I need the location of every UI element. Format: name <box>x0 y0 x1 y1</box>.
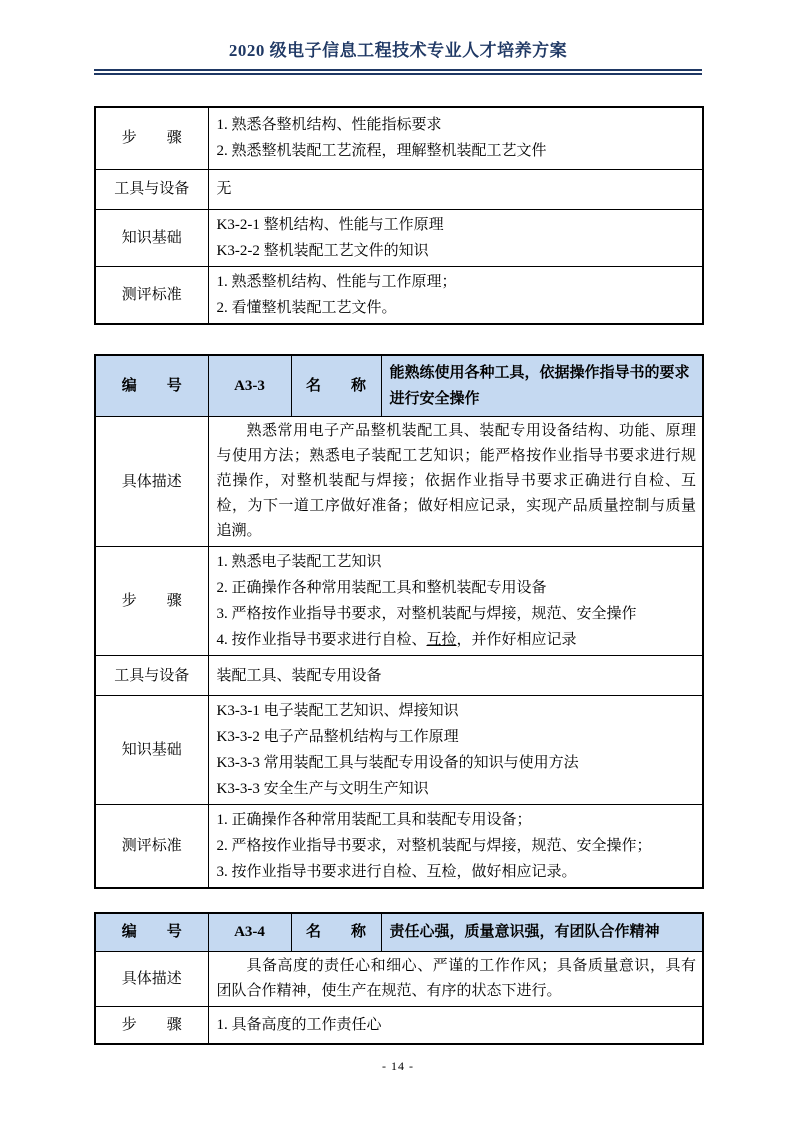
knowledge-content: K3-2-1 整机结构、性能与工作原理 K3-2-2 整机装配工艺文件的知识 <box>208 209 703 266</box>
table-row: 工具与设备 无 <box>95 169 703 209</box>
desc-paragraph: 具备高度的责任心和细心、严谨的工作作风；具备质量意识，具有团队合作精神，使生产在… <box>217 954 697 1004</box>
page-title: 2020 级电子信息工程技术专业人才培养方案 <box>94 38 702 64</box>
desc-content: 熟悉常用电子产品整机装配工具、装配专用设备结构、功能、原理与使用方法；熟悉电子装… <box>208 417 703 547</box>
steps-label: 步 骤 <box>95 107 208 169</box>
desc-label: 具体描述 <box>95 951 208 1006</box>
steps-content: 1. 熟悉电子装配工艺知识 2. 正确操作各种常用装配工具和整机装配专用设备 3… <box>208 547 703 656</box>
table-header-row: 编 号 A3-3 名 称 能熟练使用各种工具，依据操作指导书的要求进行安全操作 <box>95 355 703 417</box>
knowledge-label: 知识基础 <box>95 209 208 266</box>
table-row: 具体描述 熟悉常用电子产品整机装配工具、装配专用设备结构、功能、原理与使用方法；… <box>95 417 703 547</box>
table-row: 步 骤 1. 熟悉各整机结构、性能指标要求 2. 熟悉整机装配工艺流程，理解整机… <box>95 107 703 169</box>
id-label-cell: 编 号 <box>95 355 208 417</box>
steps-lines: 1. 熟悉电子装配工艺知识 2. 正确操作各种常用装配工具和整机装配专用设备 3… <box>217 549 697 627</box>
desc-content: 具备高度的责任心和细心、严谨的工作作风；具备质量意识，具有团队合作精神，使生产在… <box>208 951 703 1006</box>
knowledge-label: 知识基础 <box>95 696 208 805</box>
table-row: 测评标准 1. 正确操作各种常用装配工具和装配专用设备； 2. 严格按作业指导书… <box>95 805 703 889</box>
skill-table-a3-4: 编 号 A3-4 名 称 责任心强，质量意识强，有团队合作精神 具体描述 具备高… <box>94 912 704 1045</box>
desc-label: 具体描述 <box>95 417 208 547</box>
steps-content: 1. 具备高度的工作责任心 <box>208 1006 703 1044</box>
steps-label: 步 骤 <box>95 1006 208 1044</box>
steps-line4-pre: 4. 按作业指导书要求进行自检、 <box>217 632 427 648</box>
skill-table-a3-2-continued: 步 骤 1. 熟悉各整机结构、性能指标要求 2. 熟悉整机装配工艺流程，理解整机… <box>94 106 704 325</box>
steps-line4-post: ，并作好相应记录 <box>457 632 577 648</box>
name-value-cell: 能熟练使用各种工具，依据操作指导书的要求进行安全操作 <box>381 355 703 417</box>
tools-label: 工具与设备 <box>95 656 208 696</box>
table-row: 知识基础 K3-2-1 整机结构、性能与工作原理 K3-2-2 整机装配工艺文件… <box>95 209 703 266</box>
skill-table-a3-3: 编 号 A3-3 名 称 能熟练使用各种工具，依据操作指导书的要求进行安全操作 … <box>94 354 704 890</box>
eval-content: 1. 正确操作各种常用装配工具和装配专用设备； 2. 严格按作业指导书要求，对整… <box>208 805 703 889</box>
name-label-cell: 名 称 <box>291 913 381 951</box>
steps-line4: 4. 按作业指导书要求进行自检、互捡，并作好相应记录 <box>217 627 697 653</box>
eval-label: 测评标准 <box>95 805 208 889</box>
steps-line4-underlined: 互捡 <box>427 632 457 648</box>
steps-content: 1. 熟悉各整机结构、性能指标要求 2. 熟悉整机装配工艺流程，理解整机装配工艺… <box>208 107 703 169</box>
desc-paragraph: 熟悉常用电子产品整机装配工具、装配专用设备结构、功能、原理与使用方法；熟悉电子装… <box>217 419 697 544</box>
table-row: 工具与设备 装配工具、装配专用设备 <box>95 656 703 696</box>
tools-content: 无 <box>208 169 703 209</box>
document-header: 2020 级电子信息工程技术专业人才培养方案 <box>94 0 702 75</box>
table-row: 具体描述 具备高度的责任心和细心、严谨的工作作风；具备质量意识，具有团队合作精神… <box>95 951 703 1006</box>
eval-content: 1. 熟悉整机结构、性能与工作原理； 2. 看懂整机装配工艺文件。 <box>208 266 703 324</box>
tools-label: 工具与设备 <box>95 169 208 209</box>
id-value-cell: A3-4 <box>208 913 291 951</box>
id-value-cell: A3-3 <box>208 355 291 417</box>
table-row: 知识基础 K3-3-1 电子装配工艺知识、焊接知识 K3-3-2 电子产品整机结… <box>95 696 703 805</box>
title-rule <box>94 69 702 75</box>
steps-label: 步 骤 <box>95 547 208 656</box>
name-label-cell: 名 称 <box>291 355 381 417</box>
table-row: 步 骤 1. 熟悉电子装配工艺知识 2. 正确操作各种常用装配工具和整机装配专用… <box>95 547 703 656</box>
eval-label: 测评标准 <box>95 266 208 324</box>
knowledge-content: K3-3-1 电子装配工艺知识、焊接知识 K3-3-2 电子产品整机结构与工作原… <box>208 696 703 805</box>
table-row: 测评标准 1. 熟悉整机结构、性能与工作原理； 2. 看懂整机装配工艺文件。 <box>95 266 703 324</box>
name-value-cell: 责任心强，质量意识强，有团队合作精神 <box>381 913 703 951</box>
id-label-cell: 编 号 <box>95 913 208 951</box>
page-number: - 14 - <box>94 1059 702 1074</box>
tools-content: 装配工具、装配专用设备 <box>208 656 703 696</box>
table-header-row: 编 号 A3-4 名 称 责任心强，质量意识强，有团队合作精神 <box>95 913 703 951</box>
table-row: 步 骤 1. 具备高度的工作责任心 <box>95 1006 703 1044</box>
